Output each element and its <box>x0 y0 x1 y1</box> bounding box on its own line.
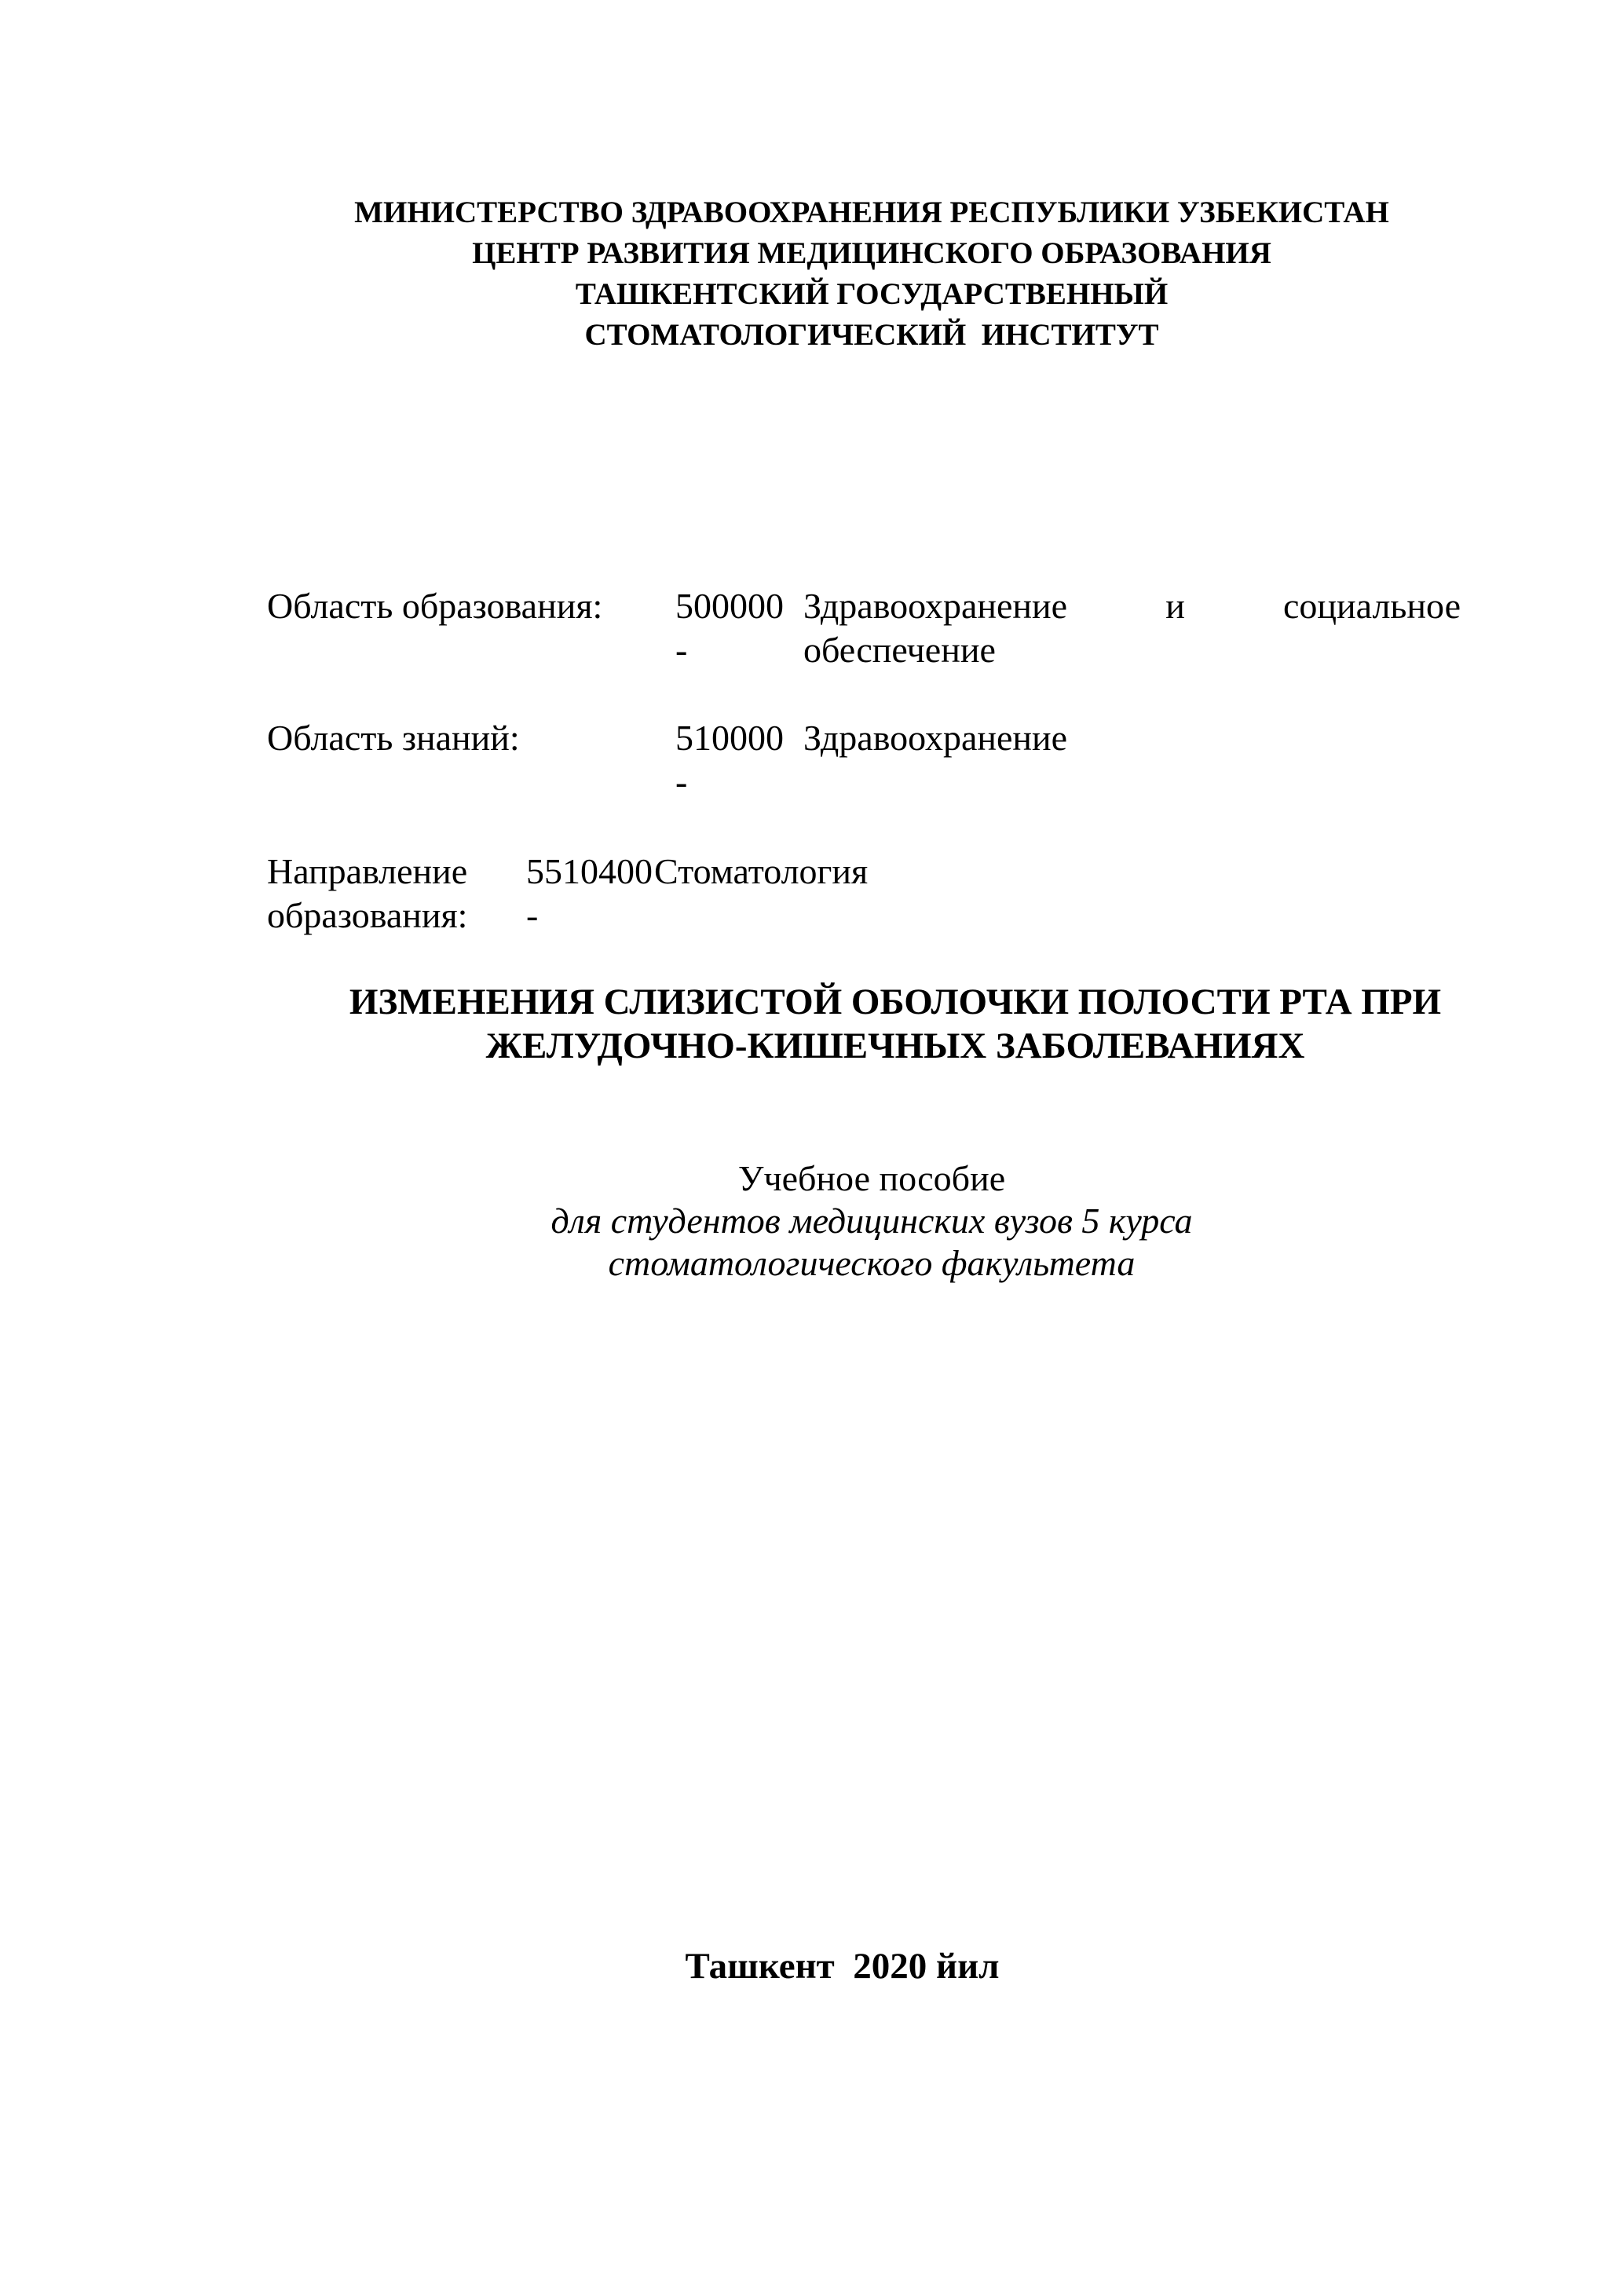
classification-code: 500000 - <box>675 584 803 672</box>
classification-code: 5510400 - <box>526 850 654 938</box>
header-ministry: МИНИСТЕРСТВО ЗДРАВООХРАНЕНИЯ РЕСПУБЛИКИ … <box>267 192 1476 233</box>
classification-code: 510000 - <box>675 716 803 804</box>
classification-row-education-direction: Направление образования: 5510400 - Стома… <box>267 850 1461 944</box>
header-institute-line-2: СТОМАТОЛОГИЧЕСКИЙ ИНСТИТУТ <box>267 315 1476 356</box>
classification-row-knowledge-field: Область знаний: 510000 - Здравоохранение <box>267 716 1461 850</box>
code-dash: - <box>675 760 803 804</box>
classification-table: Область образования: 500000 - Здравоохра… <box>267 584 1461 944</box>
code-number: 510000 <box>675 718 784 758</box>
classification-label: Область знаний: <box>267 716 675 760</box>
audience-line-2: стоматологического факультета <box>267 1242 1476 1285</box>
classification-label: Направление образования: <box>267 850 526 938</box>
document-page: МИНИСТЕРСТВО ЗДРАВООХРАНЕНИЯ РЕСПУБЛИКИ … <box>0 0 1624 2296</box>
classification-value: Здравоохранение <box>803 716 1461 760</box>
publication-type: Учебное пособие <box>267 1157 1476 1200</box>
header-institute-line-1: ТАШКЕНТСКИЙ ГОСУДАРСТВЕННЫЙ <box>267 274 1476 315</box>
title-line-2: ЖЕЛУДОЧНО-КИШЕЧНЫХ ЗАБОЛЕВАНИЯХ <box>314 1024 1476 1068</box>
code-number: 5510400 <box>526 851 653 891</box>
code-dash: - <box>526 894 654 938</box>
document-subtitle: Учебное пособие для студентов медицински… <box>267 1157 1476 1285</box>
classification-value: Стоматология <box>654 850 1461 894</box>
code-dash: - <box>675 628 803 672</box>
city-year-footer: Ташкент 2020 йил <box>267 1944 1417 1988</box>
classification-row-education-field: Область образования: 500000 - Здравоохра… <box>267 584 1461 716</box>
classification-label: Область образования: <box>267 584 675 628</box>
audience-line-1: для студентов медицинских вузов 5 курса <box>267 1200 1476 1242</box>
classification-value: Здравоохранение и социальное обеспечение <box>803 584 1461 672</box>
institution-header: МИНИСТЕРСТВО ЗДРАВООХРАНЕНИЯ РЕСПУБЛИКИ … <box>267 192 1476 356</box>
header-center: ЦЕНТР РАЗВИТИЯ МЕДИЦИНСКОГО ОБРАЗОВАНИЯ <box>267 233 1476 274</box>
code-number: 500000 <box>675 586 784 626</box>
title-line-1: ИЗМЕНЕНИЯ СЛИЗИСТОЙ ОБОЛОЧКИ ПОЛОСТИ РТА… <box>314 980 1476 1024</box>
document-title: ИЗМЕНЕНИЯ СЛИЗИСТОЙ ОБОЛОЧКИ ПОЛОСТИ РТА… <box>314 980 1476 1068</box>
